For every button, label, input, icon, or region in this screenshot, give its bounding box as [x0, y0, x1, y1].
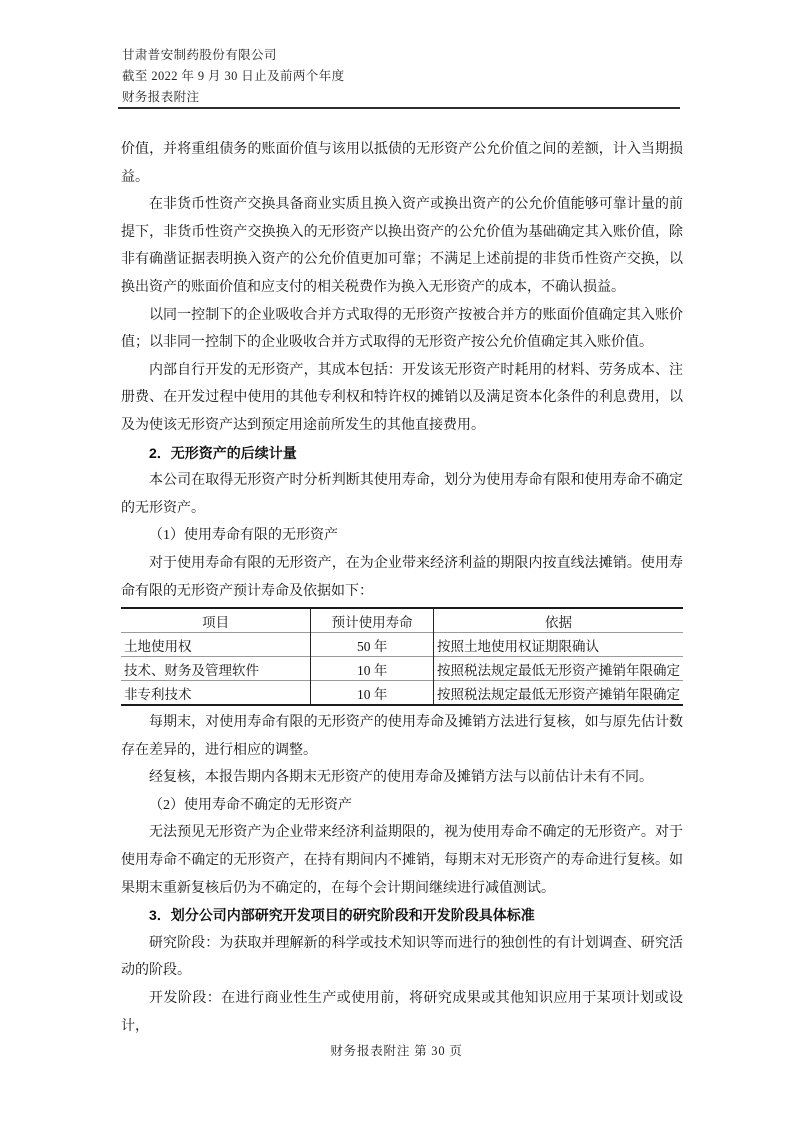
- cell-item: 技术、财务及管理软件: [121, 657, 311, 681]
- useful-life-table: 项目 预计使用寿命 依据 土地使用权 50 年 按照土地使用权证期限确认 技术、…: [121, 607, 683, 706]
- paragraph-research-stage: 研究阶段：为获取并理解新的科学或技术知识等而进行的独创性的有计划调查、研究活动的…: [121, 930, 683, 985]
- useful-life-table-head: 项目 预计使用寿命 依据: [121, 608, 683, 633]
- page-header: 甘肃普安制药股份有限公司 截至 2022 年 9 月 30 日止及前两个年度 财…: [122, 45, 345, 108]
- paragraph-indefinite-life: 无法预见无形资产为企业带来经济利益期限的，视为使用寿命不确定的无形资产。对于使用…: [121, 819, 683, 902]
- subsection-heading-finite-life: （1）使用寿命有限的无形资产: [121, 522, 683, 550]
- table-row-nonpatent-tech: 非专利技术 10 年 按照税法规定最低无形资产摊销年限确定: [121, 681, 683, 706]
- column-header-expected-life: 预计使用寿命: [311, 608, 434, 633]
- paragraph-development-stage: 开发阶段：在进行商业性生产或使用前，将研究成果或其他知识应用于某项计划或设计，: [121, 985, 683, 1040]
- company-name: 甘肃普安制药股份有限公司: [122, 45, 345, 66]
- cell-item: 非专利技术: [121, 681, 311, 706]
- page-number-label: 财务报表附注 第 30 页: [330, 1044, 462, 1058]
- table-row-software: 技术、财务及管理软件 10 年 按照税法规定最低无形资产摊销年限确定: [121, 657, 683, 681]
- cell-life: 50 年: [311, 633, 434, 657]
- document-page: 甘肃普安制药股份有限公司 截至 2022 年 9 月 30 日止及前两个年度 财…: [0, 0, 793, 1122]
- table-header-row: 项目 预计使用寿命 依据: [121, 608, 683, 633]
- cell-basis: 按照税法规定最低无形资产摊销年限确定: [433, 681, 683, 706]
- subsection-heading-indefinite-life: （2）使用寿命不确定的无形资产: [121, 792, 683, 820]
- cell-basis: 按照税法规定最低无形资产摊销年限确定: [433, 657, 683, 681]
- column-header-basis: 依据: [433, 608, 683, 633]
- paragraph-life-judgement: 本公司在取得无形资产时分析判断其使用寿命，划分为使用寿命有限和使用寿命不确定的无…: [121, 467, 683, 522]
- paragraph-nonmonetary-exchange: 在非货币性资产交换具备商业实质且换入资产或换出资产的公允价值能够可靠计量的前提下…: [121, 191, 683, 301]
- paragraph-carryover: 价值，并将重组债务的账面价值与该用以抵债的无形资产公允价值之间的差额，计入当期损…: [121, 136, 683, 191]
- section-heading-subsequent-measurement: 2．无形资产的后续计量: [121, 440, 683, 468]
- paragraph-periodic-review: 每期末，对使用寿命有限的无形资产的使用寿命及摊销方法进行复核，如与原先估计数存在…: [121, 709, 683, 764]
- document-body: 价值，并将重组债务的账面价值与该用以抵债的无形资产公允价值之间的差额，计入当期损…: [121, 136, 683, 1040]
- cell-item: 土地使用权: [121, 633, 311, 657]
- report-period: 截至 2022 年 9 月 30 日止及前两个年度: [122, 66, 345, 87]
- paragraph-merger: 以同一控制下的企业吸收合并方式取得的无形资产按被合并方的账面价值确定其入账价值；…: [121, 302, 683, 357]
- column-header-item: 项目: [121, 608, 311, 633]
- cell-basis: 按照土地使用权证期限确认: [433, 633, 683, 657]
- section-heading-rd-stages: 3．划分公司内部研究开发项目的研究阶段和开发阶段具体标准: [121, 902, 683, 930]
- header-divider-line: [118, 107, 680, 109]
- table-row-land-use-right: 土地使用权 50 年 按照土地使用权证期限确认: [121, 633, 683, 657]
- paragraph-review-result: 经复核，本报告期内各期末无形资产的使用寿命及摊销方法与以前估计未有不同。: [121, 764, 683, 792]
- paragraph-finite-amortization: 对于使用寿命有限的无形资产，在为企业带来经济利益的期限内按直线法摊销。使用寿命有…: [121, 550, 683, 605]
- page-footer: 财务报表附注 第 30 页: [0, 1041, 793, 1059]
- cell-life: 10 年: [311, 657, 434, 681]
- cell-life: 10 年: [311, 681, 434, 706]
- document-title: 财务报表附注: [122, 87, 345, 108]
- useful-life-table-body: 土地使用权 50 年 按照土地使用权证期限确认 技术、财务及管理软件 10 年 …: [121, 633, 683, 706]
- paragraph-internal-development: 内部自行开发的无形资产，其成本包括：开发该无形资产时耗用的材料、劳务成本、注册费…: [121, 357, 683, 440]
